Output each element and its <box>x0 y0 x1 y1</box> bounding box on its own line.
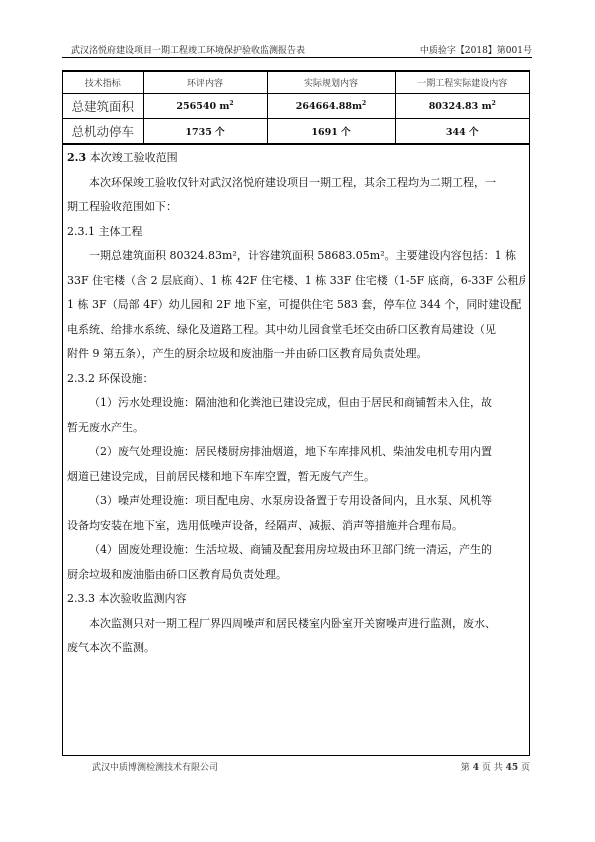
page-header: 武汉洺悦府建设项目一期工程竣工环境保护验收监测报告表 中质验字【2018】第00… <box>71 40 532 56</box>
paragraph-line: 设备均安装在地下室，选用低噪声设备，经隔声、减振、消声等措施并合理布局。 <box>67 514 525 539</box>
paragraph-line: 烟道已建设完成，目前居民楼和地下车库空置，暂无废气产生。 <box>67 465 525 490</box>
subsection-heading: 2.3.3 本次验收监测内容 <box>67 587 525 612</box>
table-cell: 344 个 <box>395 119 529 145</box>
company-name: 武汉中质博测检测技术有限公司 <box>92 760 218 773</box>
table-cell: 1735 个 <box>143 119 267 145</box>
content-frame: 技术指标 环评内容 实际规划内容 一期工程实际建设内容 总建筑面积 256540… <box>62 70 530 756</box>
paragraph-line: 厨余垃圾和废油脂由硚口区教育局负责处理。 <box>67 563 525 588</box>
column-header: 环评内容 <box>143 72 267 94</box>
document-body: 2.3 本次竣工验收范围 本次环保竣工验收仅针对武汉洺悦府建设项目一期工程，其余… <box>63 146 529 661</box>
subsection-heading: 2.3.2 环保设施： <box>67 367 525 392</box>
row-label: 总建筑面积 <box>63 94 143 119</box>
paragraph-line: 期工程验收范围如下： <box>67 195 525 220</box>
paragraph-line: 电系统、给排水系统、绿化及道路工程。其中幼儿园食堂毛坯交由硚口区教育局建设（见 <box>67 318 525 343</box>
table-row: 总建筑面积 256540 m2 264664.88m2 80324.83 m2 <box>63 94 529 119</box>
paragraph-line: （1）污水处理设施：隔油池和化粪池已建设完成，但由于居民和商铺暂未入住，故 <box>67 391 525 416</box>
header-rule <box>62 57 532 58</box>
page-number: 第 4 页 共 45 页 <box>461 760 530 773</box>
paragraph-line: 废气本次不监测。 <box>67 636 525 661</box>
document-number: 中质验字【2018】第001号 <box>420 43 532 56</box>
paragraph-line: （4）固废处理设施：生活垃圾、商铺及配套用房垃圾由环卫部门统一清运，产生的 <box>67 538 525 563</box>
paragraph-line: （3）噪声处理设施：项目配电房、水泵房设备置于专用设备间内，且水泵、风机等 <box>67 489 525 514</box>
column-header: 实际规划内容 <box>267 72 395 94</box>
report-title: 武汉洺悦府建设项目一期工程竣工环境保护验收监测报告表 <box>71 43 305 56</box>
column-header: 一期工程实际建设内容 <box>395 72 529 94</box>
indicator-table: 技术指标 环评内容 实际规划内容 一期工程实际建设内容 总建筑面积 256540… <box>63 72 529 145</box>
paragraph-line: 一期总建筑面积 80324.83m²，计容建筑面积 58683.05m²。主要建… <box>67 244 525 269</box>
row-label: 总机动停车 <box>63 119 143 145</box>
paragraph-line: 附件 9 第五条），产生的厨余垃圾和废油脂一并由硚口区教育局负责处理。 <box>67 342 525 367</box>
paragraph-line: 33F 住宅楼（含 2 层底商）、1 栋 42F 住宅楼、1 栋 33F 住宅楼… <box>67 269 525 294</box>
subsection-heading: 2.3.1 主体工程 <box>67 220 525 245</box>
paragraph-line: 本次监测只对一期工程厂界四周噪声和居民楼室内卧室开关窗噪声进行监测，废水、 <box>67 612 525 637</box>
paragraph-line: （2）废气处理设施：居民楼厨房排油烟道，地下车库排风机、柴油发电机专用内置 <box>67 440 525 465</box>
paragraph-line: 1 栋 3F（局部 4F）幼儿园和 2F 地下室，可提供住宅 583 套，停车位… <box>67 293 525 318</box>
table-row: 总机动停车 1735 个 1691 个 344 个 <box>63 119 529 145</box>
page-footer: 武汉中质博测检测技术有限公司 第 4 页 共 45 页 <box>92 760 530 773</box>
table-cell: 256540 m2 <box>143 94 267 119</box>
table-header-row: 技术指标 环评内容 实际规划内容 一期工程实际建设内容 <box>63 72 529 94</box>
table-cell: 264664.88m2 <box>267 94 395 119</box>
paragraph-line: 本次环保竣工验收仅针对武汉洺悦府建设项目一期工程，其余工程均为二期工程，一 <box>67 171 525 196</box>
table-cell: 1691 个 <box>267 119 395 145</box>
paragraph-line: 暂无废水产生。 <box>67 416 525 441</box>
table-cell: 80324.83 m2 <box>395 94 529 119</box>
section-heading: 2.3 本次竣工验收范围 <box>67 146 525 171</box>
column-header: 技术指标 <box>63 72 143 94</box>
